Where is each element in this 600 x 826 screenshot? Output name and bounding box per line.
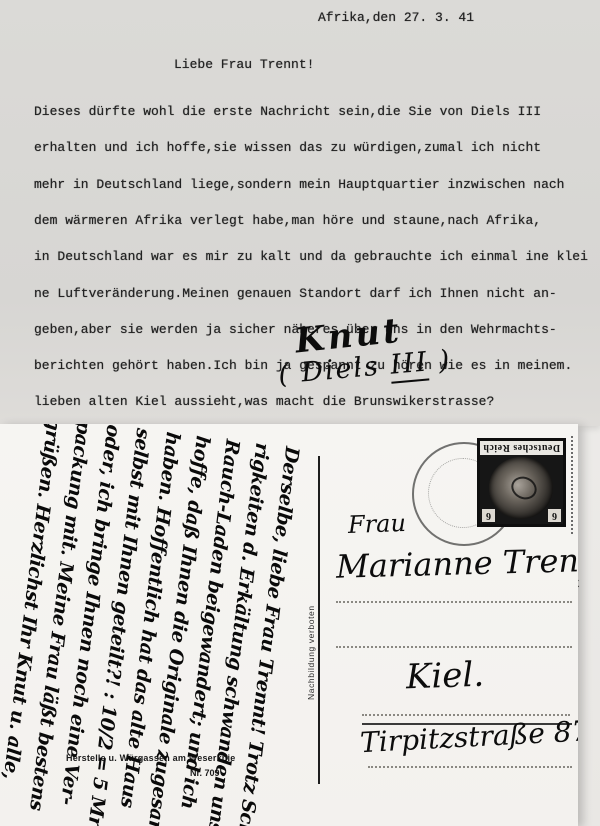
postcard: Derselbe, liebe Frau Trennt! Trotz Schwi… (0, 424, 578, 826)
stamp-value-right: 6 (548, 509, 561, 522)
address-title: Frau (348, 509, 407, 539)
address-rule (336, 601, 572, 603)
address-name: Marianne Trennt. (336, 540, 578, 585)
letter-line: erhalten und ich hoffe,sie wissen das zu… (34, 142, 588, 154)
letter-salutation: Liebe Frau Trennt! (174, 57, 314, 72)
stamp-guide-dots (571, 436, 573, 534)
stamp-country-label: Deutsches Reich (480, 441, 563, 455)
address-street: Tirpitzstraße 87. (359, 714, 578, 759)
postcard-divider (318, 456, 320, 784)
postage-stamp: Deutsches Reich 6 6 (477, 438, 566, 527)
signature-note-close: ) (427, 344, 453, 377)
postcard-message: Derselbe, liebe Frau Trennt! Trotz Schwi… (0, 424, 307, 826)
letter-line: ne Luftveränderung.Meinen genauen Stando… (34, 288, 588, 300)
stamp-value-left: 6 (482, 509, 495, 522)
stamp-portrait-icon (489, 457, 553, 519)
letter-line: dem wärmeren Afrika verlegt habe,man hör… (34, 215, 588, 227)
letter-line: in Deutschland war es mir zu kalt und da… (34, 251, 588, 263)
letter-sheet: Afrika,den 27. 3. 41 Liebe Frau Trennt! … (0, 0, 600, 426)
signature-note-numeral: III (389, 347, 430, 384)
address-rule (368, 766, 572, 768)
letter-line: mehr in Deutschland liege,sondern mein H… (34, 179, 588, 191)
address-rule (336, 646, 572, 648)
reproduction-forbidden-note: Nachbildung verboten (306, 605, 316, 700)
address-city: Kiel. (405, 655, 484, 698)
stamp-portrait-detail (508, 473, 541, 504)
address-rule (362, 714, 570, 716)
letter-dateline: Afrika,den 27. 3. 41 (318, 10, 474, 25)
letter-line: lieben alten Kiel aussieht,was macht die… (34, 396, 588, 408)
letter-line: Dieses dürfte wohl die erste Nachricht s… (34, 106, 588, 118)
